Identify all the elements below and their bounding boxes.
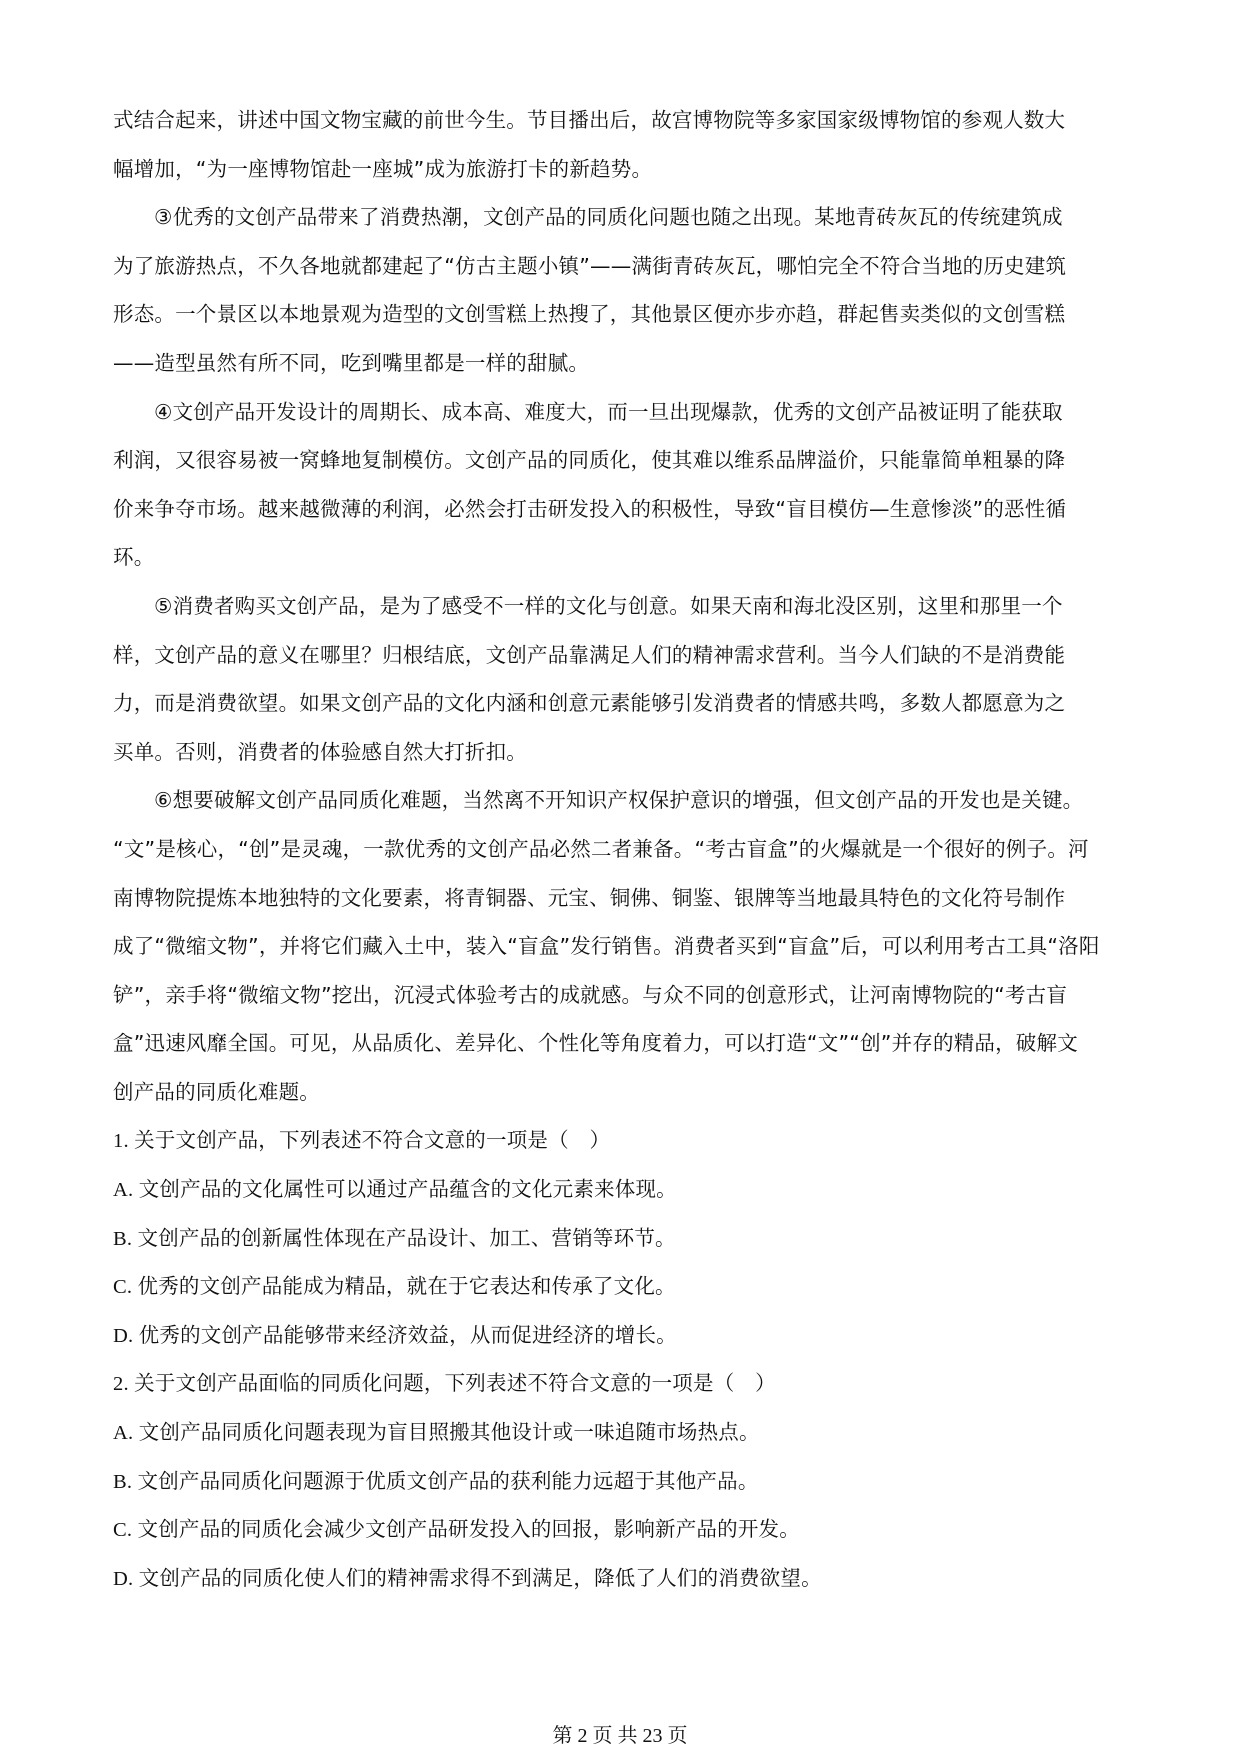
page-content: 式结合起来，讲述中国文物宝藏的前世今生。节目播出后，故宫博物院等多家国家级博物馆…	[113, 96, 1133, 1602]
page-footer: 第 2 页 共 23 页	[0, 1722, 1240, 1750]
question-stem: 1. 关于文创产品，下列表述不符合文意的一项是（ ）	[113, 1116, 1133, 1165]
option-a: A. 文创产品的文化属性可以通过产品蕴含的文化元素来体现。	[113, 1165, 1133, 1214]
option-label: C.	[113, 1519, 132, 1541]
text-line: 力，而是消费欲望。如果文创产品的文化内涵和创意元素能够引发消费者的情感共鸣，多数…	[113, 679, 1133, 728]
text-line: 买单。否则，消费者的体验感自然大打折扣。	[113, 728, 1133, 777]
option-label: A.	[113, 1179, 133, 1201]
option-b: B. 文创产品同质化问题源于优质文创产品的获利能力远超于其他产品。	[113, 1457, 1133, 1506]
text-line: 式结合起来，讲述中国文物宝藏的前世今生。节目播出后，故宫博物院等多家国家级博物馆…	[113, 96, 1133, 145]
option-c: C. 优秀的文创产品能成为精品，就在于它表达和传承了文化。	[113, 1262, 1133, 1311]
option-text: 优秀的文创产品能成为精品，就在于它表达和传承了文化。	[138, 1274, 676, 1298]
text-line: 利润，又很容易被一窝蜂地复制模仿。文创产品的同质化，使其难以维系品牌溢价，只能靠…	[113, 436, 1133, 485]
option-label: A.	[113, 1422, 133, 1444]
paragraph-6: ⑥想要破解文创产品同质化难题，当然离不开知识产权保护意识的增强，但文创产品的开发…	[113, 776, 1133, 1116]
option-label: B.	[113, 1471, 132, 1493]
option-text: 文创产品的创新属性体现在产品设计、加工、营销等环节。	[138, 1226, 676, 1250]
text-line: 样，文创产品的意义在哪里？归根结底，文创产品靠满足人们的精神需求营利。当今人们缺…	[113, 631, 1133, 680]
option-text: 文创产品同质化问题表现为盲目照搬其他设计或一味追随市场热点。	[139, 1420, 760, 1444]
question-number: 1.	[113, 1130, 129, 1152]
text-line: ⑤消费者购买文创产品，是为了感受不一样的文化与创意。如果天南和海北没区别，这里和…	[113, 582, 1133, 631]
option-text: 文创产品的同质化会减少文创产品研发投入的回报，影响新产品的开发。	[138, 1517, 800, 1541]
text-line: “文”是核心，“创”是灵魂，一款优秀的文创产品必然二者兼备。“考古盲盒”的火爆就…	[113, 825, 1133, 874]
option-label: B.	[113, 1228, 132, 1250]
text-line: 南博物院提炼本地独特的文化要素，将青铜器、元宝、铜佛、铜鉴、银牌等当地最具特色的…	[113, 874, 1133, 923]
text-line: ⑥想要破解文创产品同质化难题，当然离不开知识产权保护意识的增强，但文创产品的开发…	[113, 776, 1133, 825]
option-a: A. 文创产品同质化问题表现为盲目照搬其他设计或一味追随市场热点。	[113, 1408, 1133, 1457]
text-line: 成了“微缩文物”，并将它们藏入土中，装入“盲盒”发行销售。消费者买到“盲盒”后，…	[113, 922, 1133, 971]
document-page: 式结合起来，讲述中国文物宝藏的前世今生。节目播出后，故宫博物院等多家国家级博物馆…	[0, 0, 1240, 1754]
option-b: B. 文创产品的创新属性体现在产品设计、加工、营销等环节。	[113, 1214, 1133, 1263]
option-d: D. 优秀的文创产品能够带来经济效益，从而促进经济的增长。	[113, 1311, 1133, 1360]
option-d: D. 文创产品的同质化使人们的精神需求得不到满足，降低了人们的消费欲望。	[113, 1554, 1133, 1603]
question-text: 关于文创产品，下列表述不符合文意的一项是（ ）	[134, 1128, 610, 1152]
option-label: C.	[113, 1276, 132, 1298]
text-line: 形态。一个景区以本地景观为造型的文创雪糕上热搜了，其他景区便亦步亦趋，群起售卖类…	[113, 290, 1133, 339]
question-text: 关于文创产品面临的同质化问题，下列表述不符合文意的一项是（ ）	[134, 1371, 776, 1395]
text-line: 铲”，亲手将“微缩文物”挖出，沉浸式体验考古的成就感。与众不同的创意形式，让河南…	[113, 971, 1133, 1020]
page-number: 第 2 页 共 23 页	[553, 1725, 688, 1747]
option-text: 文创产品同质化问题源于优质文创产品的获利能力远超于其他产品。	[138, 1469, 759, 1493]
option-text: 文创产品的同质化使人们的精神需求得不到满足，降低了人们的消费欲望。	[139, 1566, 822, 1590]
question-number: 2.	[113, 1373, 129, 1395]
paragraph-4: ④文创产品开发设计的周期长、成本高、难度大，而一旦出现爆款，优秀的文创产品被证明…	[113, 388, 1133, 582]
question-1: 1. 关于文创产品，下列表述不符合文意的一项是（ ） A. 文创产品的文化属性可…	[113, 1116, 1133, 1359]
text-line: 环。	[113, 533, 1133, 582]
option-label: D.	[113, 1325, 133, 1347]
option-label: D.	[113, 1568, 133, 1590]
paragraph-3: ③优秀的文创产品带来了消费热潮，文创产品的同质化问题也随之出现。某地青砖灰瓦的传…	[113, 193, 1133, 387]
text-line: ④文创产品开发设计的周期长、成本高、难度大，而一旦出现爆款，优秀的文创产品被证明…	[113, 388, 1133, 437]
text-line: ③优秀的文创产品带来了消费热潮，文创产品的同质化问题也随之出现。某地青砖灰瓦的传…	[113, 193, 1133, 242]
text-line: 创产品的同质化难题。	[113, 1068, 1133, 1117]
question-stem: 2. 关于文创产品面临的同质化问题，下列表述不符合文意的一项是（ ）	[113, 1359, 1133, 1408]
text-line: 盒”迅速风靡全国。可见，从品质化、差异化、个性化等角度着力，可以打造“文”“创”…	[113, 1019, 1133, 1068]
paragraph-5: ⑤消费者购买文创产品，是为了感受不一样的文化与创意。如果天南和海北没区别，这里和…	[113, 582, 1133, 776]
text-line: 为了旅游热点，不久各地就都建起了“仿古主题小镇”——满街青砖灰瓦，哪怕完全不符合…	[113, 242, 1133, 291]
questions: 1. 关于文创产品，下列表述不符合文意的一项是（ ） A. 文创产品的文化属性可…	[113, 1116, 1133, 1602]
question-2: 2. 关于文创产品面临的同质化问题，下列表述不符合文意的一项是（ ） A. 文创…	[113, 1359, 1133, 1602]
option-c: C. 文创产品的同质化会减少文创产品研发投入的回报，影响新产品的开发。	[113, 1505, 1133, 1554]
text-line: 价来争夺市场。越来越微薄的利润，必然会打击研发投入的积极性，导致“盲目模仿—生意…	[113, 485, 1133, 534]
text-line: ——造型虽然有所不同，吃到嘴里都是一样的甜腻。	[113, 339, 1133, 388]
paragraph-2-continued: 式结合起来，讲述中国文物宝藏的前世今生。节目播出后，故宫博物院等多家国家级博物馆…	[113, 96, 1133, 193]
text-line: 幅增加，“为一座博物馆赴一座城”成为旅游打卡的新趋势。	[113, 145, 1133, 194]
option-text: 文创产品的文化属性可以通过产品蕴含的文化元素来体现。	[139, 1177, 677, 1201]
reading-passage: 式结合起来，讲述中国文物宝藏的前世今生。节目播出后，故宫博物院等多家国家级博物馆…	[113, 96, 1133, 1116]
option-text: 优秀的文创产品能够带来经济效益，从而促进经济的增长。	[139, 1323, 677, 1347]
